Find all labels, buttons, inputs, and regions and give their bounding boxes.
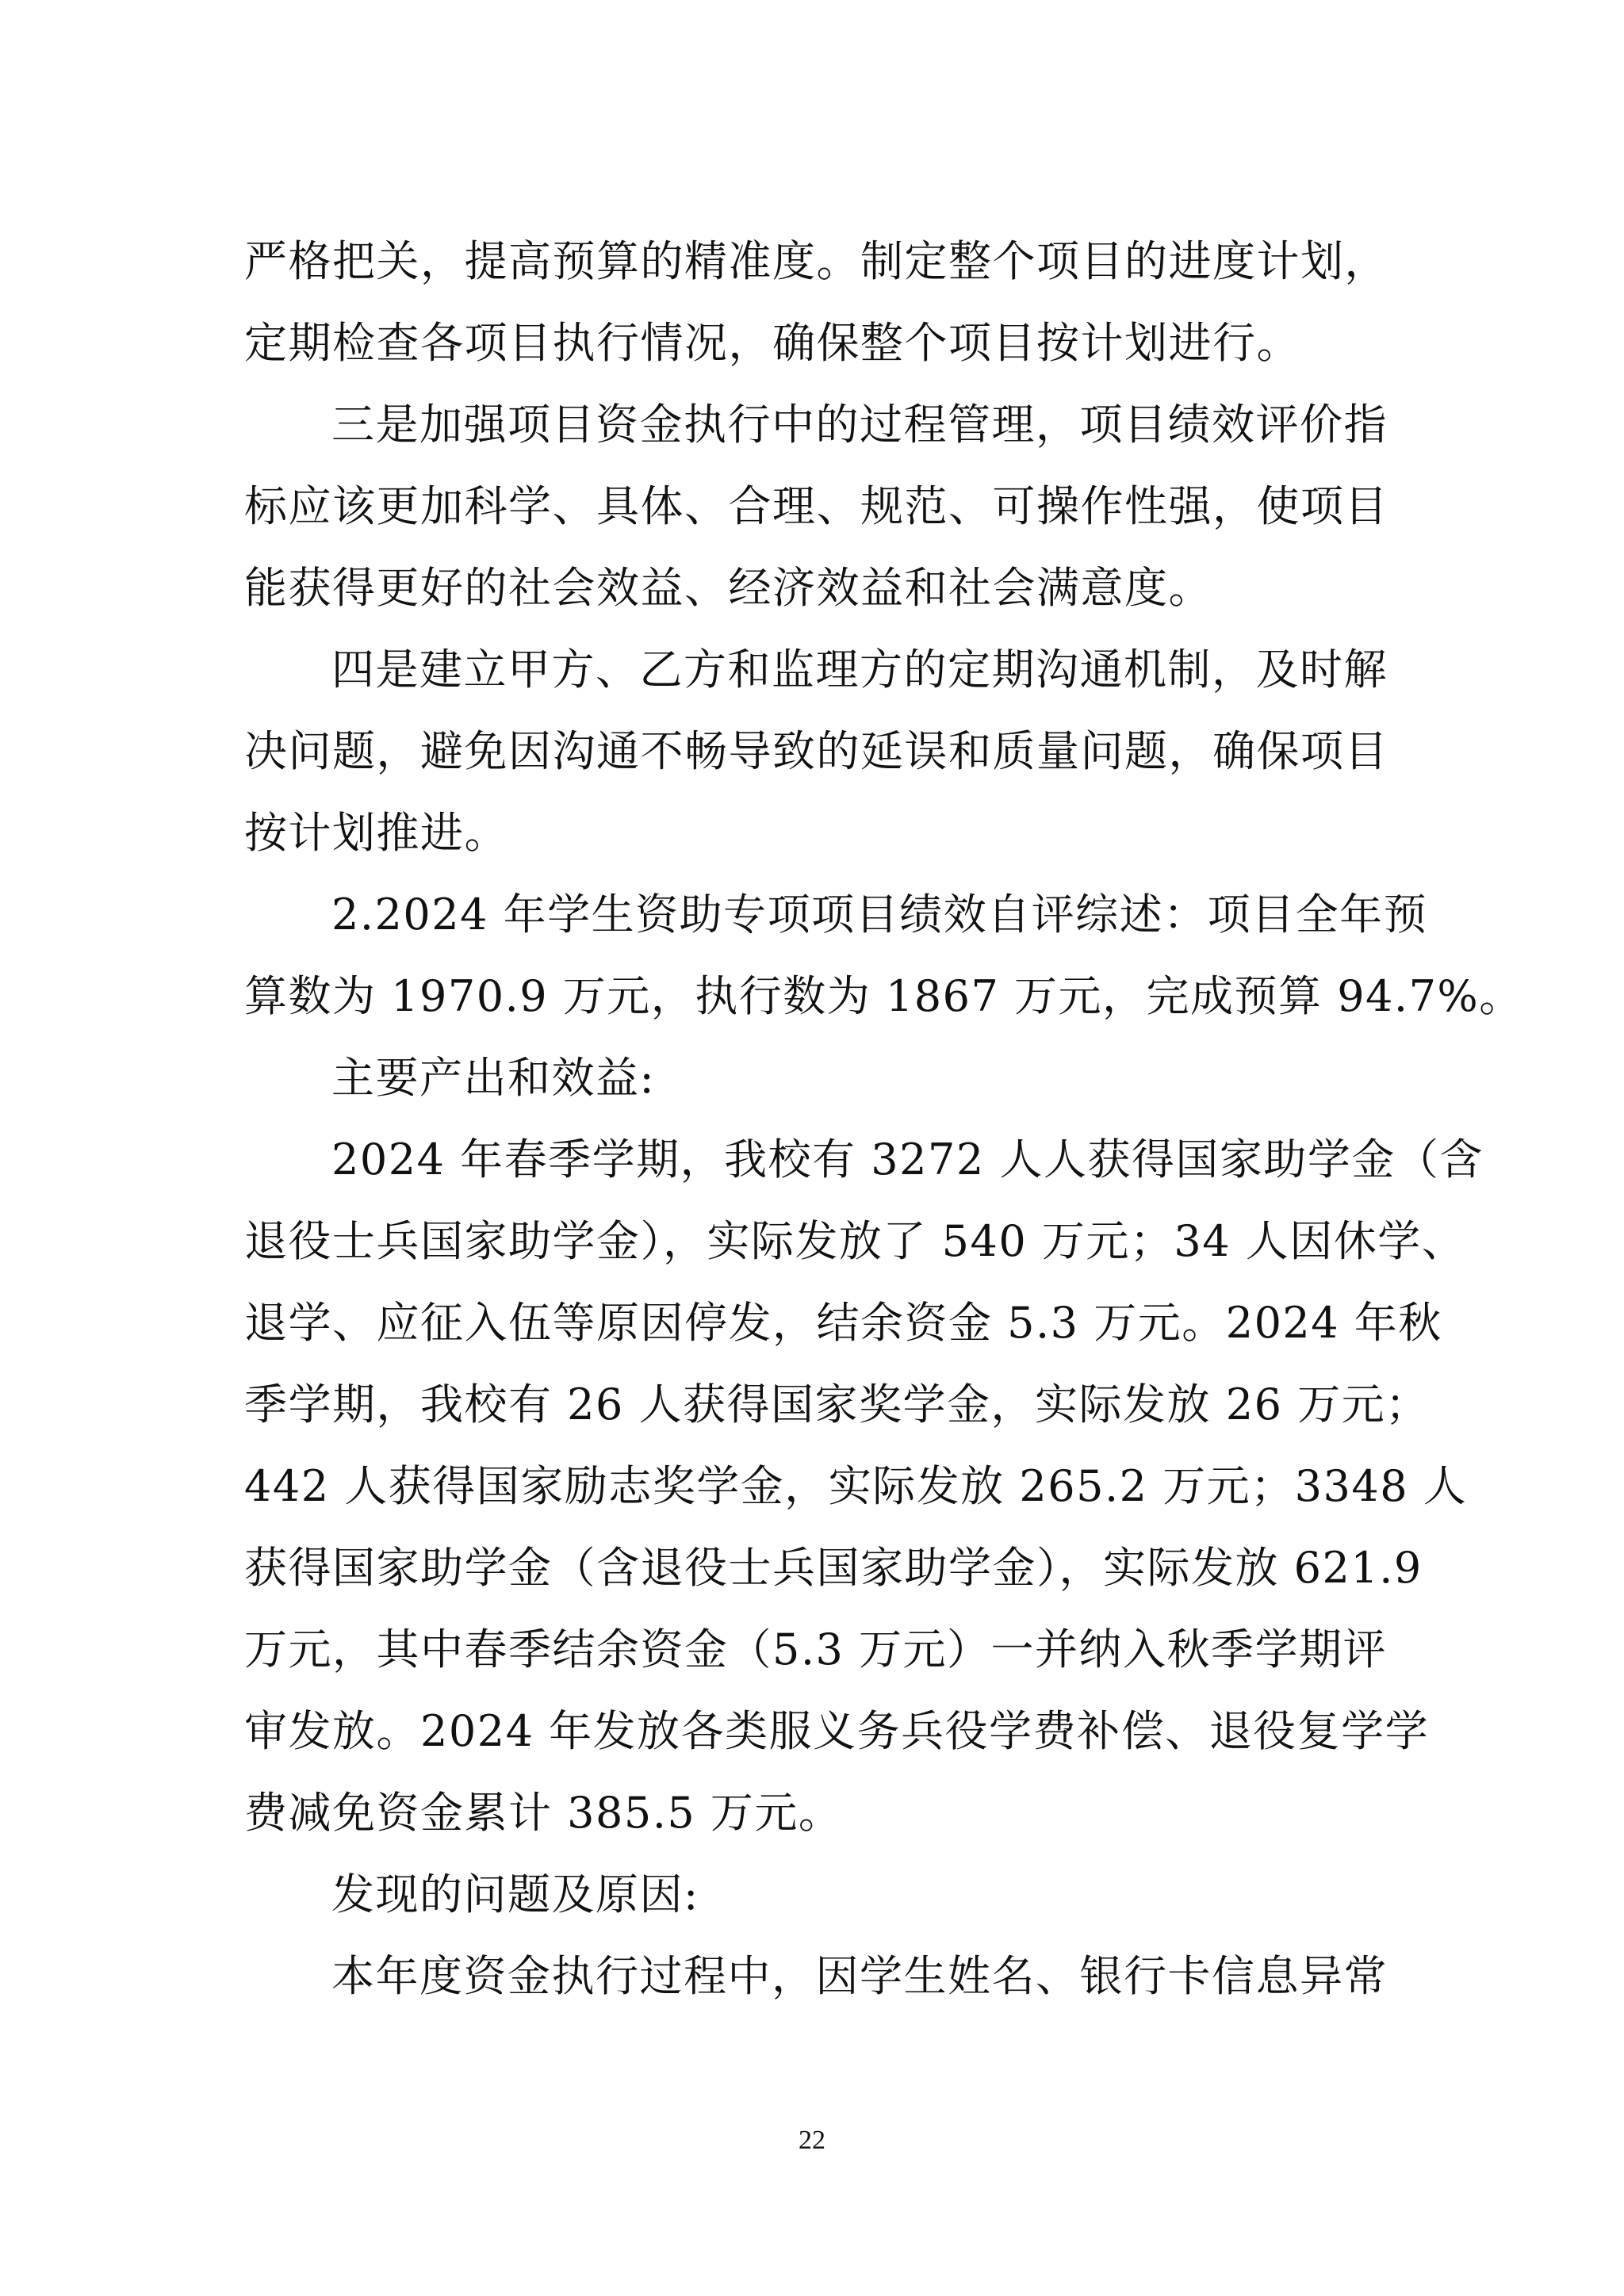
document-page: 严格把关，提高预算的精准度。制定整个项目的进度计划， 定期检查各项目执行情况，确… (0, 0, 1624, 2296)
text-line: 决问题，避免因沟通不畅导致的延误和质量问题，确保项目 (244, 724, 1386, 779)
text-line: 季学期，我校有 26 人获得国家奖学金，实际发放 26 万元； (244, 1377, 1386, 1433)
section-heading-line: 2.2024 年学生资助专项项目绩效自评综述：项目全年预 (331, 887, 1386, 943)
subheading-outputs: 主要产出和效益: (331, 1050, 1386, 1106)
text-line: 2024 年春季学期，我校有 3272 人人获得国家助学金（含 (331, 1132, 1386, 1188)
text-line: 退役士兵国家助学金），实际发放了 540 万元；34 人因休学、 (244, 1214, 1386, 1269)
text-line: 标应该更加科学、具体、合理、规范、可操作性强，使项目 (244, 479, 1386, 534)
text-line: 审发放。2024 年发放各类服义务兵役学费补偿、退役复学学 (244, 1704, 1386, 1759)
text-line: 442 人获得国家励志奖学金，实际发放 265.2 万元；3348 人 (244, 1459, 1386, 1514)
text-line: 退学、应征入伍等原因停发，结余资金 5.3 万元。2024 年秋 (244, 1295, 1386, 1351)
text-line: 费减免资金累计 385.5 万元。 (244, 1785, 1386, 1841)
page-number: 22 (0, 2125, 1624, 2156)
text-line: 本年度资金执行过程中，因学生姓名、银行卡信息异常 (331, 1949, 1386, 2004)
text-line: 能获得更好的社会效益、经济效益和社会满意度。 (244, 561, 1386, 616)
text-line: 按计划推进。 (244, 806, 1386, 861)
text-line: 严格把关，提高预算的精准度。制定整个项目的进度计划， (244, 234, 1386, 289)
text-line: 算数为 1970.9 万元，执行数为 1867 万元，完成预算 94.7%。 (244, 969, 1386, 1024)
subheading-problems: 发现的问题及原因: (331, 1867, 1386, 1923)
text-line: 定期检查各项目执行情况，确保整个项目按计划进行。 (244, 316, 1386, 371)
text-line: 三是加强项目资金执行中的过程管理，项目绩效评价指 (331, 397, 1386, 453)
text-line: 获得国家助学金（含退役士兵国家助学金），实际发放 621.9 (244, 1540, 1386, 1596)
text-line: 四是建立甲方、乙方和监理方的定期沟通机制，及时解 (331, 642, 1386, 698)
text-line: 万元，其中春季结余资金（5.3 万元）一并纳入秋季学期评 (244, 1622, 1386, 1678)
